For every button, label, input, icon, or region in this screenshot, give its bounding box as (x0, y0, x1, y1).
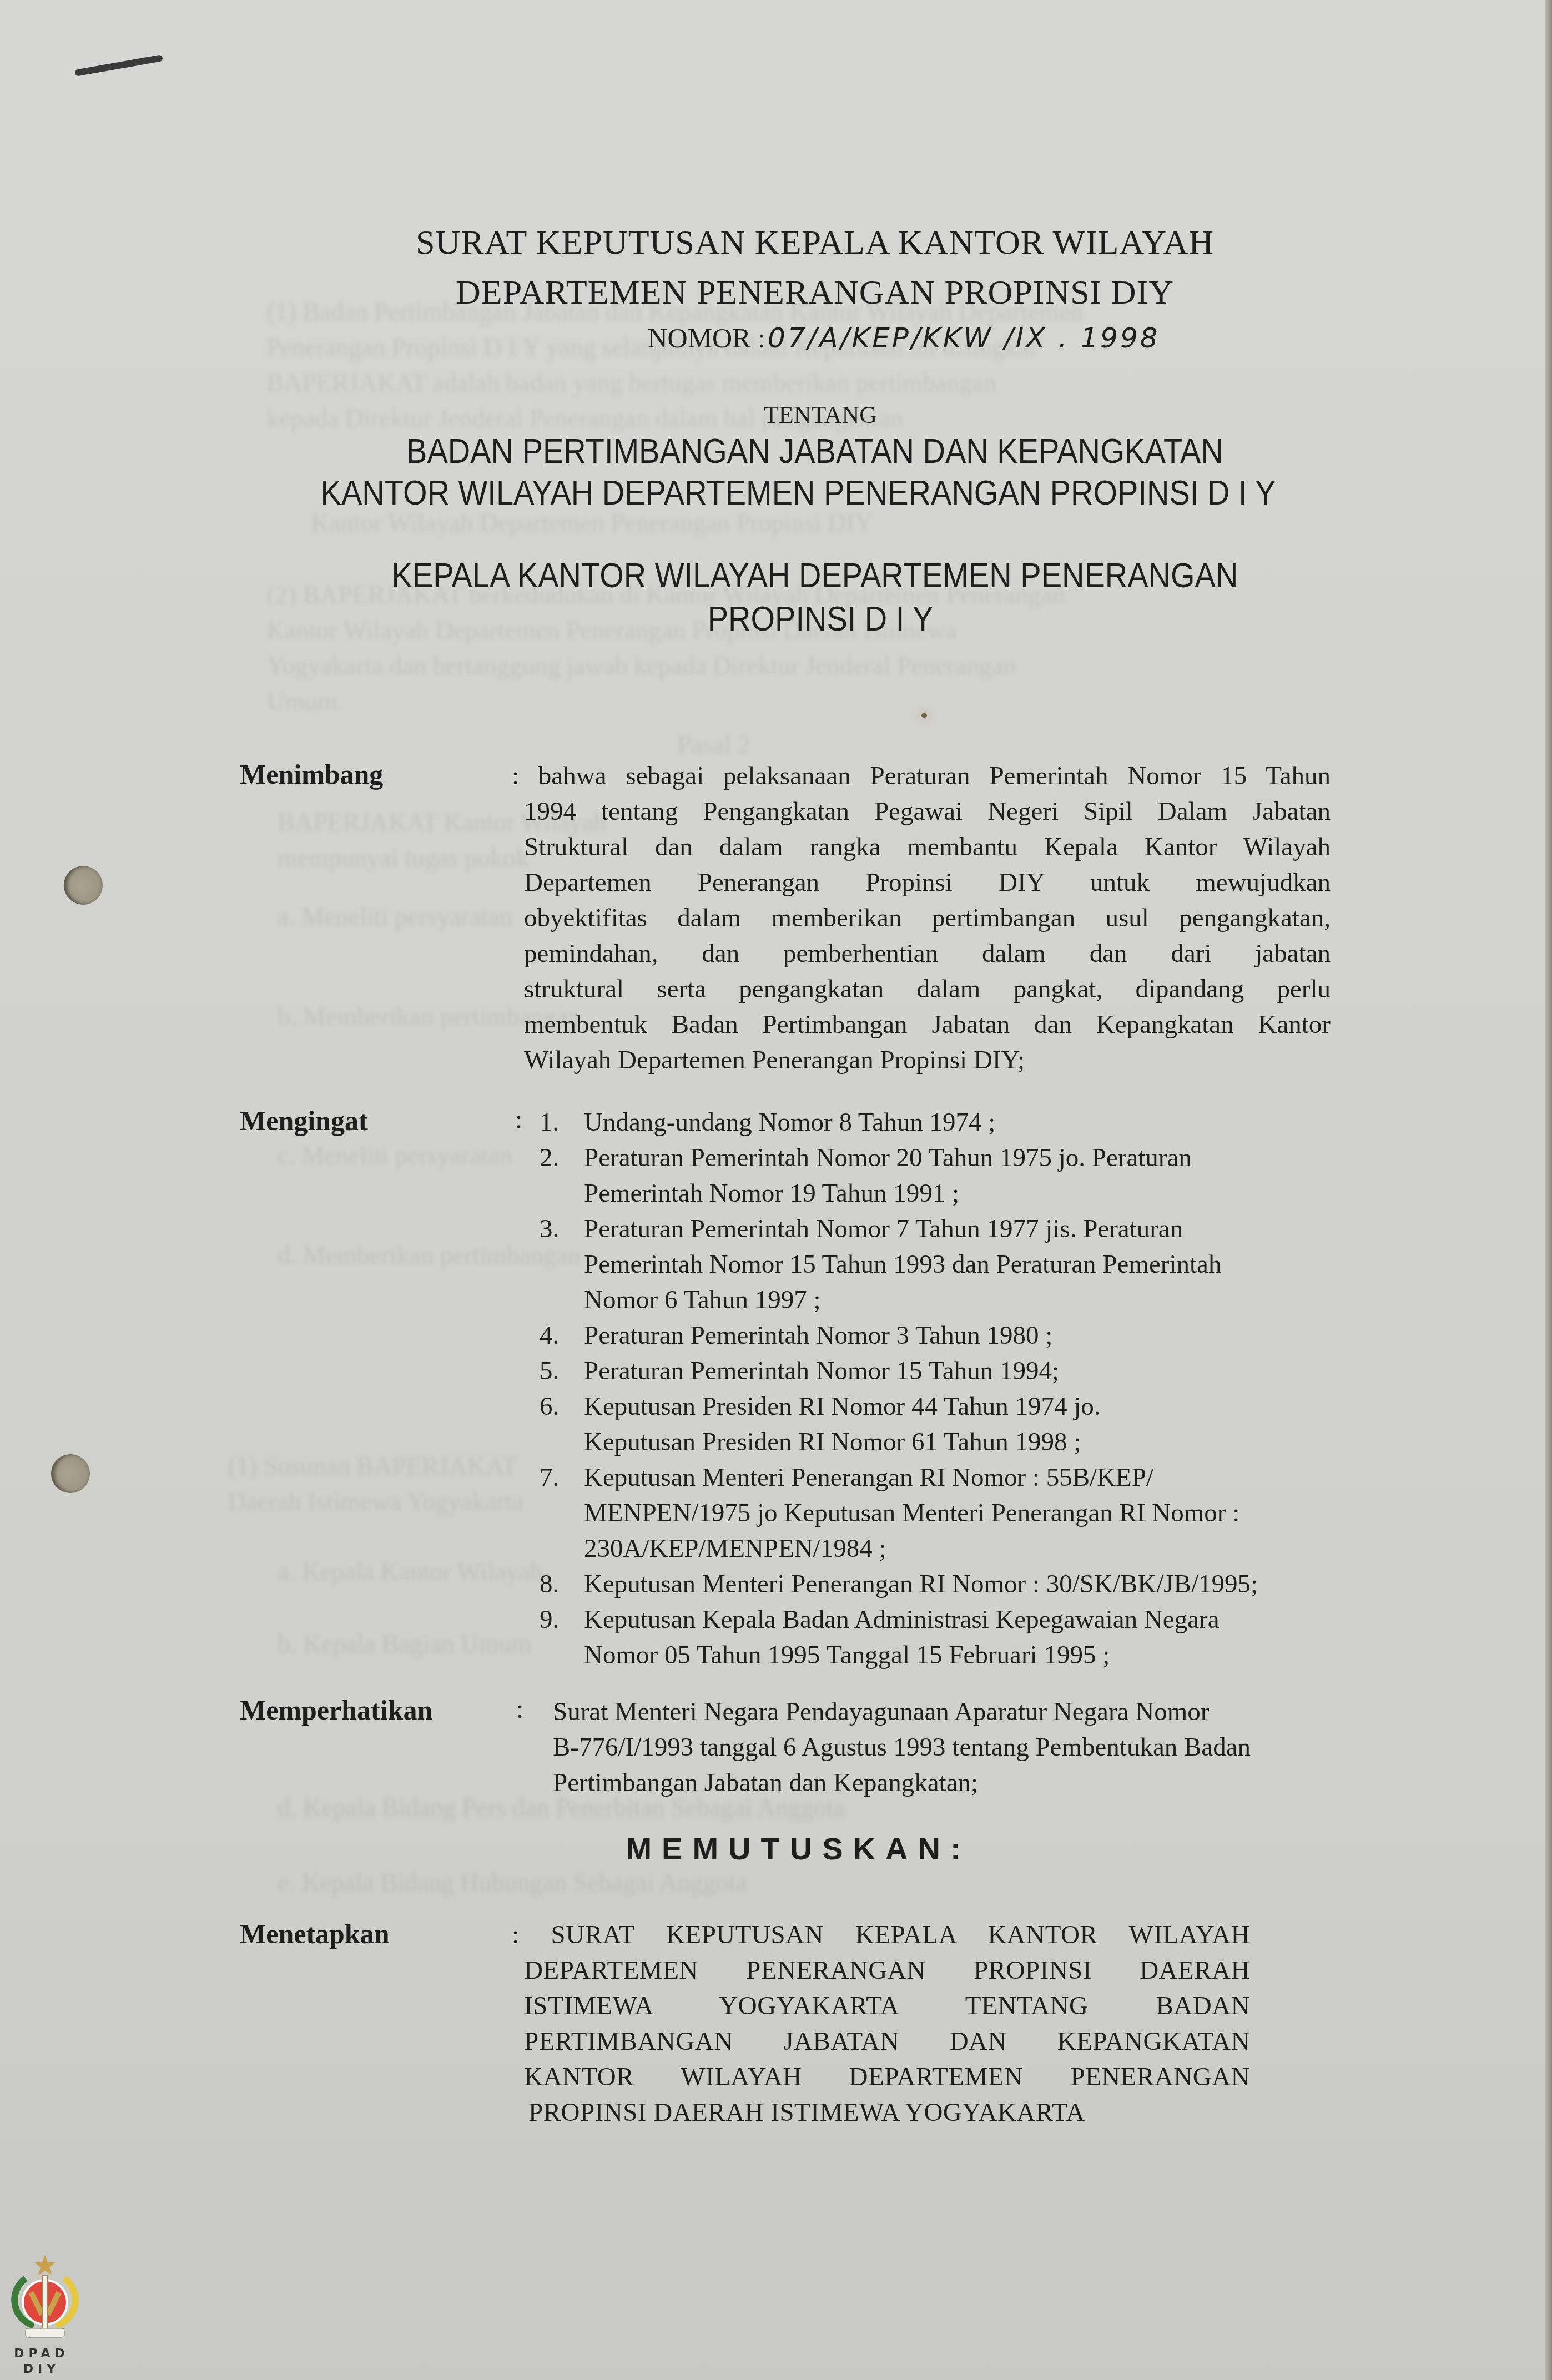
menimbang-label: Menimbang (240, 758, 383, 790)
list-item: 8.Keputusan Menteri Penerangan RI Nomor … (584, 1566, 1361, 1602)
list-item: 4.Peraturan Pemerintah Nomor 3 Tahun 198… (584, 1318, 1361, 1353)
mengingat-label: Mengingat (240, 1105, 368, 1137)
punch-hole-top (64, 866, 103, 905)
stain-spot (921, 713, 927, 718)
tentang-heading: TENTANG (0, 401, 1552, 429)
menetapkan-text: : SURAT KEPUTUSAN KEPALA KANTOR WILAYAH … (512, 1918, 1250, 2131)
list-item: 7.Keputusan Menteri Penerangan RI Nomor … (584, 1460, 1361, 1566)
menimbang-text: : bahwa sebagai pelaksanaan Peraturan Pe… (512, 758, 1331, 1078)
issuer-line-2: PROPINSI D I Y (0, 598, 1552, 639)
mengingat-colon: : (515, 1105, 522, 1135)
mengingat-list: 1.Undang-undang Nomor 8 Tahun 1974 ; 2.P… (584, 1105, 1361, 1673)
dpad-emblem-icon (9, 2253, 81, 2342)
list-item: 5.Peraturan Pemerintah Nomor 15 Tahun 19… (584, 1353, 1361, 1389)
paper-edge (1545, 0, 1552, 2380)
menetapkan-label: Menetapkan (240, 1918, 389, 1950)
memutuskan-heading: MEMUTUSKAN: (0, 1831, 1552, 1867)
staple-mark (74, 54, 163, 77)
memperhatikan-colon: : (516, 1694, 523, 1725)
nomor-line: NOMOR : 07/A/KEP/KKW /IX . 1998 (0, 322, 1552, 354)
list-item: 6.Keputusan Presiden RI Nomor 44 Tahun 1… (584, 1389, 1361, 1460)
title-line-2: DEPARTEMEN PENERANGAN PROPINSI DIY (0, 273, 1552, 312)
issuer-line-1: KEPALA KANTOR WILAYAH DEPARTEMEN PENERAN… (0, 555, 1552, 596)
list-item: 2.Peraturan Pemerintah Nomor 20 Tahun 19… (584, 1140, 1361, 1211)
subject-line-2: KANTOR WILAYAH DEPARTEMEN PENERANGAN PRO… (0, 472, 1552, 513)
archive-label-line1: DPAD (11, 2347, 72, 2361)
document-page: (1) Badan Pertimbangan Jabatan dan Kepan… (0, 0, 1549, 2380)
punch-hole-bottom (51, 1454, 90, 1493)
memperhatikan-text: Surat Menteri Negara Pendayagunaan Apara… (553, 1694, 1341, 1801)
subject-line-1: BADAN PERTIMBANGAN JABATAN DAN KEPANGKAT… (0, 431, 1552, 471)
memperhatikan-label: Memperhatikan (240, 1694, 432, 1726)
nomor-value: 07/A/KEP/KKW /IX . 1998 (768, 322, 1160, 354)
nomor-label: NOMOR : (647, 322, 765, 354)
title-line-1: SURAT KEPUTUSAN KEPALA KANTOR WILAYAH (0, 223, 1552, 263)
archive-label-line2: DIY (11, 2362, 72, 2376)
list-item: 1.Undang-undang Nomor 8 Tahun 1974 ; (584, 1105, 1361, 1140)
list-item: 9.Keputusan Kepala Badan Administrasi Ke… (584, 1602, 1361, 1673)
list-item: 3.Peraturan Pemerintah Nomor 7 Tahun 197… (584, 1211, 1361, 1318)
